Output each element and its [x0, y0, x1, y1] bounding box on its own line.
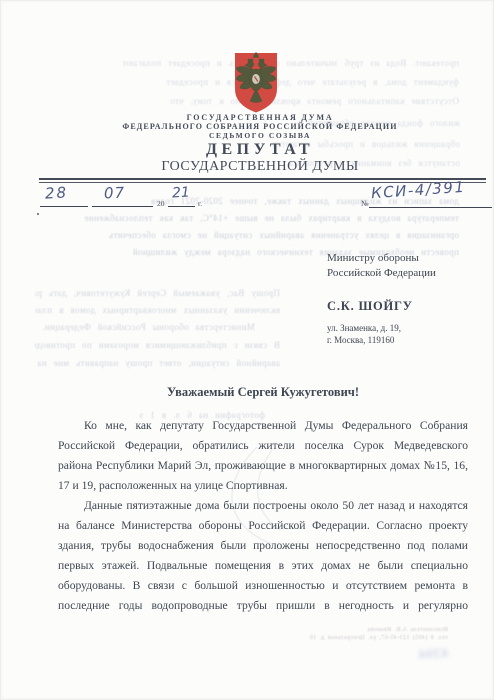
letterhead-title-deputy: ДЕПУТАТ	[26, 141, 494, 159]
body-line: Данные пятиэтажные дома были построены о…	[58, 496, 468, 516]
bleedthrough-line: Прошу Вас, уважаемый Сергей Кужугетович,…	[35, 288, 280, 299]
scanned-letter-page: протекают. Вода из труб значительно повы…	[0, 0, 494, 700]
body-line: Ко мне, как депутату Государственной Дум…	[58, 416, 468, 436]
number-sign-label: №	[361, 199, 369, 208]
addressee-title-line2: Российской Федерации	[327, 267, 436, 279]
bleedthrough-line: Исполнитель А.В. Иванова	[318, 627, 448, 635]
salutation: Уважаемый Сергей Кужугетович!	[58, 385, 468, 400]
bleedthrough-stamp: 4394	[383, 646, 450, 667]
number-underline	[369, 207, 492, 208]
body-line: 17 и 19, расположенных на улице Спортивн…	[58, 476, 468, 496]
printed-century-prefix: 20	[157, 199, 165, 208]
body-line: оборудованы. В связи с большой изношенно…	[58, 576, 468, 596]
handwritten-day: 28	[45, 183, 69, 202]
bleedthrough-line: тел. 8 (495) 123-45-67, ул. Центральная …	[303, 635, 448, 643]
addressee-street: ул. Знаменка, д. 19,	[327, 323, 401, 333]
letterhead-title-duma: ГОСУДАРСТВЕННОЙ ДУМЫ	[26, 159, 494, 175]
date-underline	[92, 206, 153, 207]
bleedthrough-line: включении указанных многоквартирных домо…	[35, 305, 280, 316]
addressee-name: С.К. ШОЙГУ	[327, 299, 413, 314]
body-line: последние годы водопроводные трубы пришл…	[58, 596, 468, 616]
bleedthrough-line: Министерства обороны Российской Федераци…	[35, 322, 255, 333]
addressee-title-line1: Министру обороны	[327, 252, 419, 264]
bleedthrough-line: организация в целях устранения аварийных…	[35, 230, 459, 241]
date-underline	[168, 206, 195, 207]
stray-ink-dot	[37, 213, 39, 215]
letterhead-org-line1: ГОСУДАРСТВЕННАЯ ДУМА	[26, 113, 494, 122]
letterhead-org-line2: ФЕДЕРАЛЬНОГО СОБРАНИЯ РОССИЙСКОЙ ФЕДЕРАЦ…	[26, 122, 494, 131]
body-line: первых этажей. Подвальные помещения в эт…	[58, 556, 468, 576]
letter-body: Ко мне, как депутату Государственной Дум…	[58, 416, 468, 616]
addressee-city-zip: г. Москва, 119160	[327, 335, 394, 345]
handwritten-month: 07	[104, 184, 126, 203]
bleedthrough-line: В связи с приближающимися морозами по пр…	[35, 340, 280, 351]
body-line: на балансе Министерства обороны Российск…	[58, 516, 468, 536]
printed-year-suffix: г.	[198, 199, 202, 208]
bleedthrough-line: аварийной ситуации, ответ прошу направит…	[35, 358, 280, 369]
russia-coat-of-arms-icon	[232, 51, 280, 114]
bleedthrough-line: температура воздуха в квартирах была не …	[35, 213, 459, 224]
handwritten-year: 21	[172, 185, 191, 202]
body-line: района Республики Марий Эл, проживающие …	[58, 456, 468, 476]
body-line: Российской Федерации, обратились жители …	[58, 436, 468, 456]
body-line: здания, трубы водоснабжения были проложе…	[58, 536, 468, 556]
date-underline	[40, 206, 88, 207]
letterhead-org-line3: СЕДЬМОГО СОЗЫВА	[26, 131, 494, 140]
